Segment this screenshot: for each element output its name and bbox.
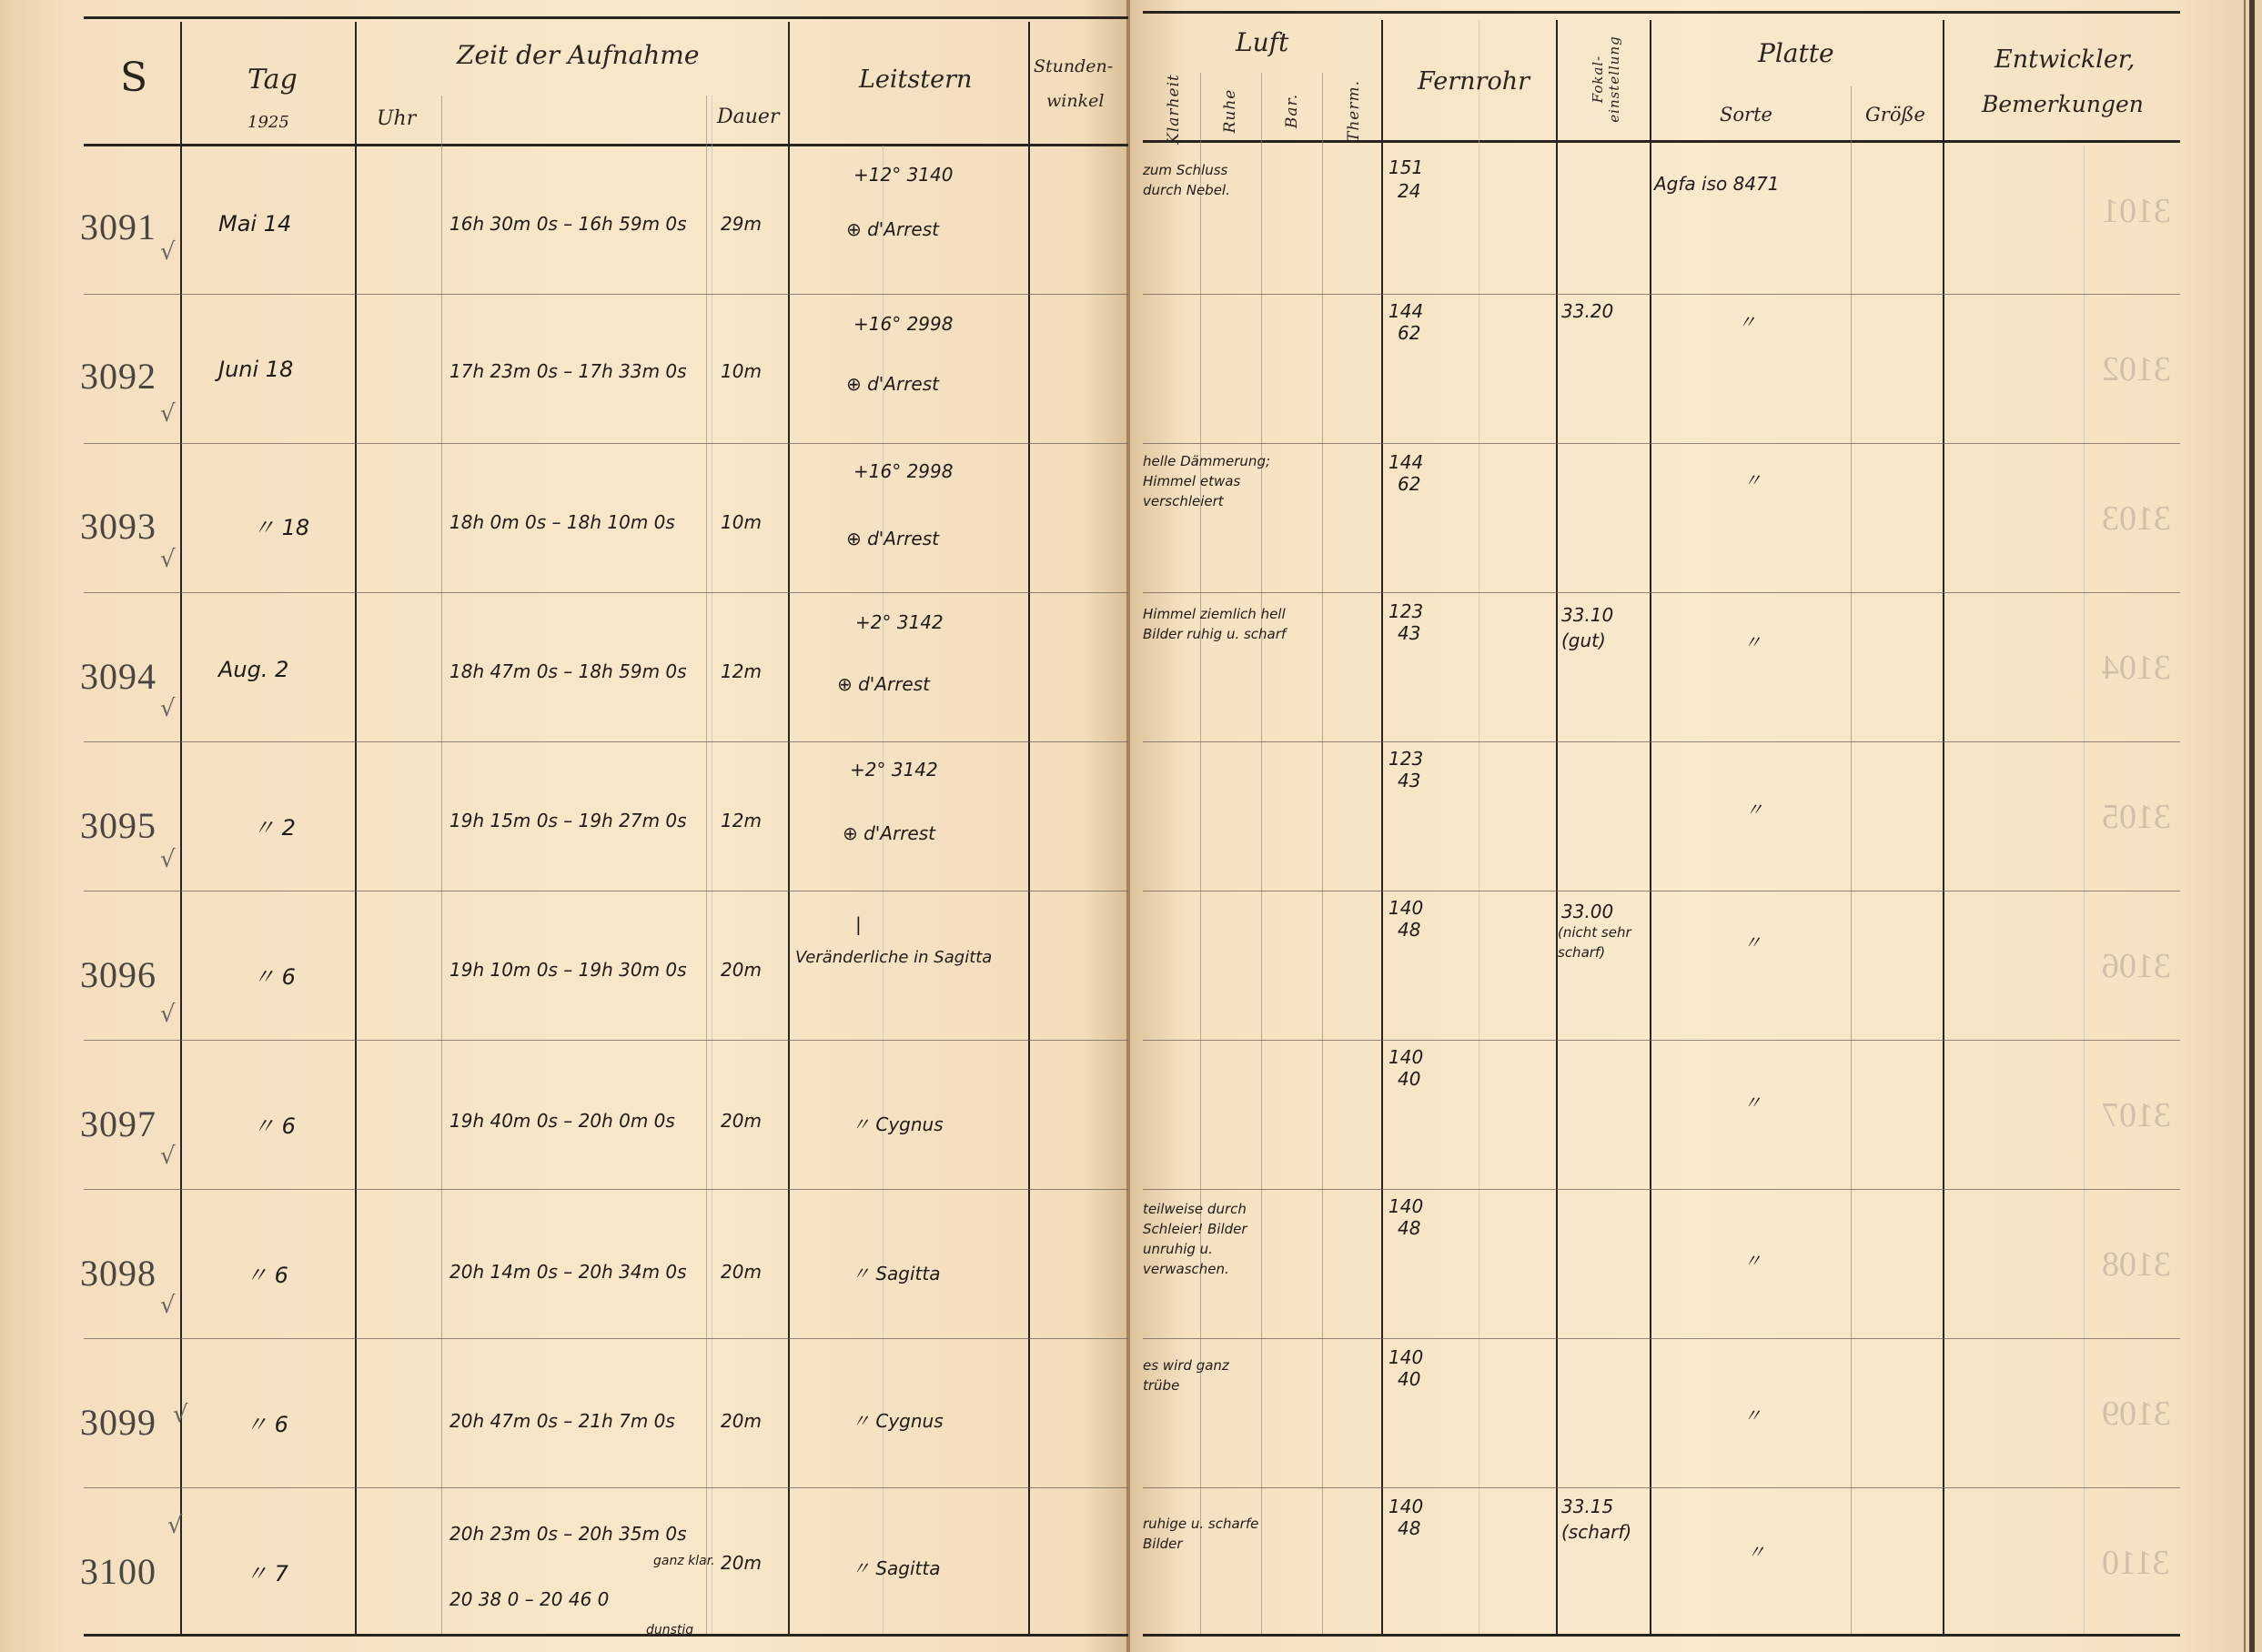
col-divider-s: [180, 22, 182, 1634]
time-cell: 18h 0m 0s – 18h 10m 0s: [449, 511, 675, 533]
col-divider-fokal: [1650, 20, 1651, 1634]
guide-star-name: 〃 Cygnus: [852, 1406, 944, 1433]
row-rule: [1143, 443, 2180, 444]
guide-star-name: Veränderliche in Sagitta: [795, 948, 992, 967]
plate-number: 3096: [80, 953, 157, 996]
header-bemerkungen: Bemerkungen: [1982, 91, 2144, 117]
telescope-value-2: 24: [1398, 180, 1420, 202]
guide-star-name: 〃 Sagitta: [852, 1259, 941, 1285]
telescope-value-2: 48: [1398, 1217, 1420, 1239]
check-mark: √: [167, 1512, 183, 1539]
telescope-value-1: 123: [1389, 600, 1423, 622]
col-divider-platte: [1943, 20, 1944, 1634]
air-remark: es wird ganz trübe: [1143, 1355, 1243, 1395]
header-fokal: Fokal-: [1590, 34, 1606, 125]
air-remark: helle Dämmerung; Himmel etwas verschleie…: [1143, 451, 1288, 511]
bleed-through-number: 3104: [2102, 648, 2171, 688]
header-ruhe: Ruhe: [1221, 84, 1239, 138]
check-mark: √: [160, 695, 176, 722]
header-zeit-der-aufnahme: Zeit der Aufnahme: [457, 40, 699, 70]
telescope-value-2: 43: [1398, 622, 1420, 644]
plate-number: 3091: [80, 206, 157, 248]
right-bottom-rule: [1143, 1634, 2180, 1637]
check-mark: √: [160, 400, 176, 428]
date-cell: 〃 6: [253, 1108, 296, 1140]
focal-value: 33.15: [1561, 1496, 1613, 1517]
guide-star-name: 〃 Sagitta: [852, 1554, 941, 1580]
telescope-value-2: 48: [1398, 919, 1420, 941]
header-groesse: Größe: [1865, 104, 1925, 126]
focal-value: 33.10: [1561, 604, 1613, 626]
right-header-rule: [1143, 140, 2180, 143]
duration-cell: 20m: [721, 1552, 762, 1574]
plate-type: 〃: [1743, 1246, 1762, 1273]
header-leitstern: Leitstern: [859, 65, 972, 94]
header-uhr: Uhr: [377, 107, 416, 130]
header-dauer: Dauer: [717, 106, 779, 128]
guide-star-name: ⊕ d'Arrest: [843, 822, 935, 844]
row-rule: [84, 741, 1128, 742]
col-divider-dauer: [706, 96, 707, 1634]
telescope-value-1: 140: [1389, 897, 1423, 919]
row-rule: [84, 592, 1128, 593]
focal-note: (scharf): [1561, 1521, 1631, 1543]
bleed-through-number: 3101: [2102, 191, 2171, 231]
check-mark: √: [160, 1001, 176, 1028]
duration-cell: 12m: [721, 660, 762, 682]
row-rule: [1143, 592, 2180, 593]
time-cell: 18h 47m 0s – 18h 59m 0s: [449, 660, 687, 682]
plate-number: 3095: [80, 804, 157, 847]
check-mark: √: [160, 238, 176, 266]
header-einstellung: einstellung: [1606, 34, 1622, 125]
col-divider-bar: [1322, 73, 1323, 1634]
telescope-value-2: 40: [1398, 1068, 1420, 1090]
time-note-2: dunstig: [646, 1623, 693, 1637]
time-cell: 20h 14m 0s – 20h 34m 0s: [449, 1261, 687, 1283]
row-rule: [84, 1487, 1128, 1488]
col-divider-uhr: [441, 96, 442, 1634]
plate-type: 〃: [1743, 1088, 1762, 1114]
col-divider-luft: [1381, 20, 1383, 1634]
plate-number: 3099: [80, 1401, 157, 1444]
guide-star-coord: |: [855, 913, 862, 935]
date-cell: 〃 6: [246, 1257, 288, 1289]
row-rule: [1143, 1040, 2180, 1041]
row-rule: [84, 294, 1128, 295]
date-cell: 〃 6: [253, 959, 296, 991]
header-luft: Luft: [1236, 27, 1288, 57]
telescope-value-2: 43: [1398, 770, 1420, 791]
plate-number: 3100: [80, 1550, 157, 1593]
row-rule: [1143, 1487, 2180, 1488]
plate-type: 〃: [1745, 795, 1763, 821]
time-cell: 19h 15m 0s – 19h 27m 0s: [449, 810, 687, 831]
plate-number: 3093: [80, 505, 157, 548]
header-tag-year: 1925: [247, 113, 289, 132]
time-cell: 20h 47m 0s – 21h 7m 0s: [449, 1410, 675, 1432]
row-rule: [1143, 1189, 2180, 1190]
header-stundenwinkel-2: winkel: [1046, 91, 1104, 111]
header-platte: Platte: [1758, 38, 1834, 68]
plate-type: 〃: [1743, 928, 1762, 954]
telescope-value-1: 123: [1389, 748, 1423, 770]
row-rule: [1143, 891, 2180, 891]
header-s: S: [120, 55, 147, 101]
left-top-rule: [84, 16, 1128, 19]
time-cell: 16h 30m 0s – 16h 59m 0s: [449, 213, 687, 235]
guide-star-coord: +16° 2998: [853, 313, 953, 335]
guide-star-name: ⊕ d'Arrest: [837, 673, 930, 695]
guide-star-name: ⊕ d'Arrest: [846, 373, 939, 395]
plate-number: 3098: [80, 1252, 157, 1294]
check-mark: √: [160, 546, 176, 573]
telescope-value-1: 151: [1389, 156, 1423, 178]
plate-type: 〃: [1738, 307, 1756, 334]
bleed-through-number: 3109: [2102, 1394, 2171, 1434]
plate-type: 〃: [1743, 1401, 1762, 1427]
header-tag: Tag: [247, 64, 298, 96]
time-cell: 17h 23m 0s – 17h 33m 0s: [449, 360, 687, 382]
col-guide-uhr: [712, 96, 712, 1634]
telescope-value-1: 140: [1389, 1046, 1423, 1068]
telescope-value-1: 140: [1389, 1496, 1423, 1517]
row-rule: [1143, 1338, 2180, 1339]
plate-type: 〃: [1743, 466, 1762, 492]
bleed-through-number: 3107: [2102, 1095, 2171, 1135]
guide-star-coord: +2° 3142: [850, 759, 938, 781]
col-divider-leitstern: [1028, 22, 1030, 1634]
header-klarheit: Klarheit: [1165, 73, 1183, 146]
guide-star-coord: +12° 3140: [853, 164, 953, 186]
row-rule: [1143, 294, 2180, 295]
bleed-through-number: 3105: [2102, 797, 2171, 837]
header-sorte: Sorte: [1720, 104, 1772, 126]
guide-star-coord: +16° 2998: [853, 460, 953, 482]
header-fernrohr: Fernrohr: [1418, 67, 1530, 96]
row-rule: [84, 1040, 1128, 1041]
duration-cell: 10m: [721, 511, 762, 533]
focal-note: (gut): [1561, 630, 1606, 651]
telescope-value-1: 144: [1389, 451, 1423, 473]
right-page: [1128, 0, 2262, 1652]
plate-number: 3097: [80, 1103, 157, 1145]
col-divider-sorte: [1851, 86, 1852, 1634]
focal-value: 33.20: [1561, 300, 1613, 322]
focal-value: 33.00: [1561, 901, 1613, 922]
guide-star-name: ⊕ d'Arrest: [846, 218, 939, 240]
row-rule: [84, 443, 1128, 444]
row-rule: [1143, 741, 2180, 742]
bleed-through-number: 3103: [2102, 499, 2171, 539]
guide-star-name: 〃 Cygnus: [852, 1110, 944, 1136]
time-cell: 19h 40m 0s – 20h 0m 0s: [449, 1110, 675, 1132]
col-divider-zeit: [788, 22, 790, 1634]
telescope-value-1: 140: [1389, 1195, 1423, 1217]
check-mark: √: [160, 846, 176, 873]
check-mark: √: [160, 1292, 176, 1319]
plate-type: 〃: [1743, 628, 1762, 654]
telescope-value-2: 40: [1398, 1368, 1420, 1390]
col-guide-bemerkungen: [2084, 146, 2085, 1634]
telescope-value-2: 62: [1398, 322, 1420, 344]
date-cell: Aug. 2: [218, 657, 288, 682]
plate-type: 〃: [1747, 1537, 1765, 1564]
date-cell: Mai 14: [218, 211, 291, 237]
header-stundenwinkel-1: Stunden-: [1034, 56, 1113, 76]
time-cell: 20h 23m 0s – 20h 35m 0s: [449, 1523, 687, 1545]
time-note: ganz klar.: [653, 1554, 715, 1568]
col-divider-fernrohr: [1556, 20, 1558, 1634]
row-rule: [84, 1338, 1128, 1339]
row-rule: [84, 1189, 1128, 1190]
air-remark: zum Schluss durch Nebel.: [1143, 160, 1261, 200]
duration-cell: 20m: [721, 959, 762, 981]
check-mark: √: [160, 1143, 176, 1170]
time-cell: 19h 10m 0s – 19h 30m 0s: [449, 959, 687, 981]
date-cell: 〃 18: [253, 509, 309, 541]
page-edge: [2244, 0, 2246, 1652]
header-therm: Therm.: [1345, 75, 1363, 147]
row-rule: [84, 891, 1128, 891]
bleed-through-number: 3110: [2102, 1543, 2170, 1583]
date-cell: Juni 18: [218, 357, 293, 382]
book-edge: [2249, 0, 2255, 1652]
duration-cell: 20m: [721, 1410, 762, 1432]
guide-star-coord: +2° 3142: [855, 611, 944, 633]
air-remark: ruhige u. scharfe Bilder: [1143, 1514, 1261, 1554]
check-mark: √: [173, 1401, 188, 1428]
col-divider-ruhe: [1261, 73, 1262, 1634]
bleed-through-number: 3108: [2102, 1244, 2171, 1284]
col-divider-klarheit: [1200, 73, 1201, 1634]
guide-star-name: ⊕ d'Arrest: [846, 528, 939, 549]
header-entwickler: Entwickler,: [1994, 45, 2135, 74]
plate-number: 3092: [80, 355, 157, 398]
date-cell: 〃 7: [246, 1556, 288, 1587]
duration-cell: 20m: [721, 1110, 762, 1132]
telescope-value-2: 48: [1398, 1517, 1420, 1539]
duration-cell: 12m: [721, 810, 762, 831]
bleed-through-number: 3106: [2102, 946, 2171, 986]
date-cell: 〃 2: [253, 810, 296, 841]
header-bar: Bar.: [1283, 84, 1301, 138]
left-bottom-rule: [84, 1634, 1128, 1637]
left-header-rule: [84, 144, 1128, 146]
duration-cell: 29m: [721, 213, 762, 235]
duration-cell: 20m: [721, 1261, 762, 1283]
telescope-value-1: 140: [1389, 1346, 1423, 1368]
plate-number: 3094: [80, 655, 157, 698]
air-remark: Himmel ziemlich hell Bilder ruhig u. sch…: [1143, 604, 1293, 644]
date-cell: 〃 6: [246, 1406, 288, 1438]
duration-cell: 10m: [721, 360, 762, 382]
book-gutter: [1126, 0, 1130, 1652]
air-remark: teilweise durch Schleier! Bilder unruhig…: [1143, 1199, 1279, 1279]
plate-type: Agfa iso 8471: [1654, 173, 1780, 195]
col-divider-tag: [355, 22, 357, 1634]
time-cell-2: 20 38 0 – 20 46 0: [449, 1588, 609, 1610]
bleed-through-number: 3102: [2102, 349, 2171, 389]
telescope-value-2: 62: [1398, 473, 1420, 495]
focal-note: (nicht sehr scharf): [1558, 922, 1647, 962]
right-top-rule: [1143, 11, 2180, 14]
telescope-value-1: 144: [1389, 300, 1423, 322]
col-guide-fernrohr: [1479, 20, 1479, 1634]
